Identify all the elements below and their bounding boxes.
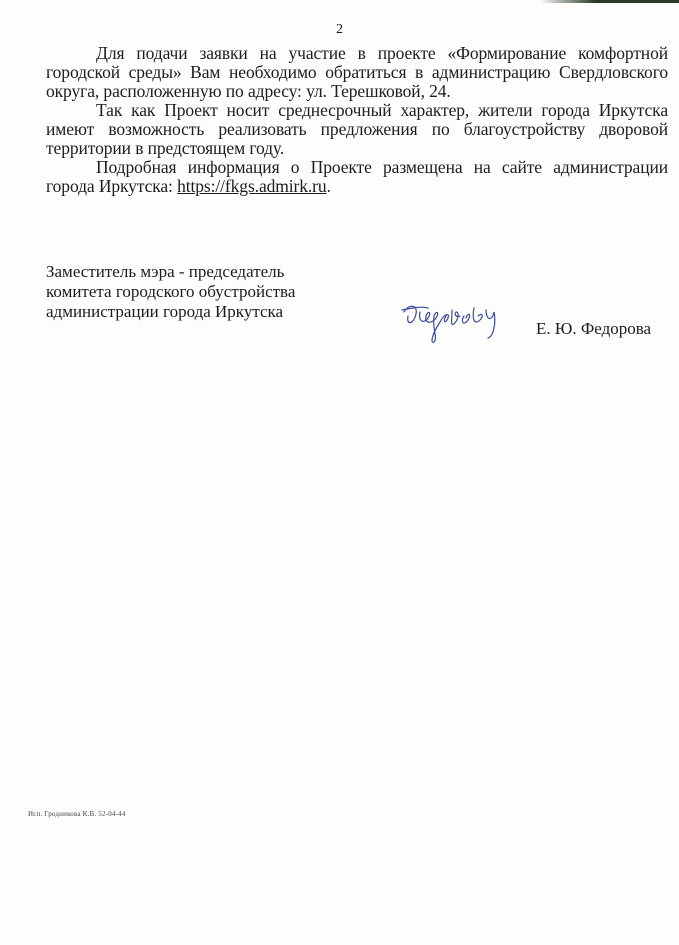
paragraph-application: Для подачи заявки на участие в проекте «…: [46, 44, 668, 101]
info-suffix: .: [327, 176, 331, 196]
handwritten-signature-icon: [398, 298, 508, 346]
scan-edge-shadow: [539, 0, 679, 3]
executor-note: Исп. Гродникова К.В. 52-04-44: [28, 810, 126, 818]
website-link[interactable]: https://fkgs.admirk.ru: [177, 176, 326, 196]
position-line: комитета городского обустройства: [46, 282, 295, 302]
info-text: Подробная информация о Проекте размещена…: [46, 157, 668, 196]
position-line: Заместитель мэра - председатель: [46, 262, 295, 282]
signer-name: Е. Ю. Федорова: [536, 319, 651, 339]
letter-body: Для подачи заявки на участие в проекте «…: [46, 44, 668, 196]
paragraph-info: Подробная информация о Проекте размещена…: [46, 158, 668, 196]
signatory-position: Заместитель мэра - председатель комитета…: [46, 262, 295, 322]
paragraph-project-term: Так как Проект носит среднесрочный харак…: [46, 101, 668, 158]
position-line: администрации города Иркутска: [46, 302, 295, 322]
page-number: 2: [0, 22, 679, 38]
